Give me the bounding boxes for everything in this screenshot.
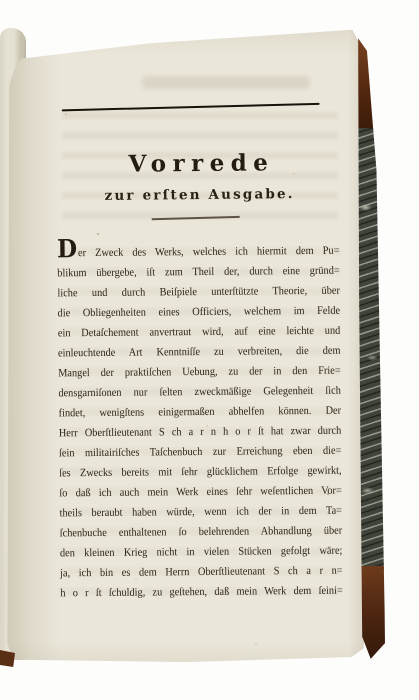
body-text-line: Der Zweck des Werks, welches ich hiermit… [57, 241, 340, 264]
body-text-line: einleuchtende Art Kenntniſſe zu verbreit… [58, 341, 341, 364]
preface-body: Der Zweck des Werks, welches ich hiermit… [57, 241, 343, 604]
body-text-line: ſchenbuche enthaltenen ſo belehrenden Ab… [60, 521, 343, 544]
body-text-line: ja, ich bin es dem Herrn Oberſtlieutenan… [60, 561, 343, 584]
body-text-line: h o r ſt ſchuldig, zu geſtehen, daß mein… [60, 581, 343, 604]
top-rule [62, 103, 320, 112]
body-text-line: findet, wenigſtens einigermaßen abhelfen… [59, 401, 342, 424]
drop-cap-initial: D [57, 234, 77, 263]
preface-heading: Vorrede [56, 149, 340, 179]
body-text-line: den kleinen Krieg nicht in vielen Stücke… [60, 541, 343, 564]
body-text-line: ſein militairiſches Taſchenbuch zur Erre… [59, 441, 342, 464]
book-photo: Vorrede zur erſten Ausgabe. Der Zweck de… [0, 0, 419, 700]
body-text-line: die Obliegenheiten eines Officiers, welc… [58, 301, 341, 324]
body-text-line: Herr Oberſtlieutenant S ch a r n h o r ſ… [59, 421, 342, 444]
body-text-line: liche und durch Beiſpiele unterſtützte T… [57, 281, 340, 304]
body-text-line: blikum übergebe, iſt zum Theil der, durc… [57, 261, 340, 284]
preface-subheading: zur erſten Ausgabe. [56, 186, 340, 205]
body-text-line: densgarniſonen nur ſelten zweckmäßige Ge… [58, 381, 341, 404]
body-text: er Zweck des Werks, welches ich hiermit … [78, 245, 340, 260]
body-text-line: Mangel der praktiſchen Uebung, zu der in… [58, 361, 341, 384]
body-text-line: theils beraubt haben würde, wenn ich der… [59, 501, 342, 524]
body-text-line: ein Detaſchement anvertraut wird, auf ei… [58, 321, 341, 344]
body-text-line: ſo daß ich auch mein Werk eines ſehr weſ… [59, 481, 342, 504]
subheading-rule [152, 216, 240, 220]
page-content: Vorrede zur erſten Ausgabe. Der Zweck de… [0, 0, 419, 700]
body-text-line: ſes Zwecks bereits mit ſehr glücklichem … [59, 461, 342, 484]
